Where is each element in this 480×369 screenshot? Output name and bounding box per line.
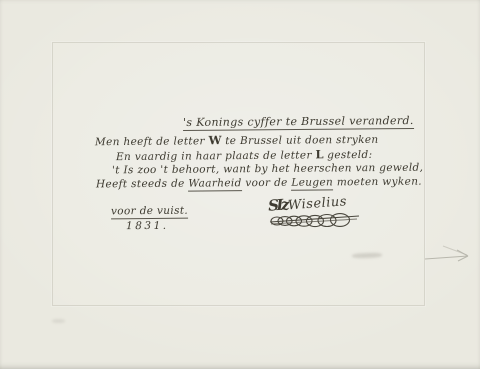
attribution-text: voor de vuist.	[111, 205, 188, 219]
verse-line-4-pre: Heeft steeds de	[96, 178, 188, 191]
photograph-of-etched-verse: 's Konings cyffer te Brussel veranderd. …	[0, 0, 480, 369]
verse-title: 's Konings cyffer te Brussel veranderd.	[183, 114, 414, 129]
faint-margin-mark	[52, 319, 65, 323]
verse-line-1: Men heeft de letter W te Brussel uit doe…	[95, 133, 379, 149]
attribution-note: voor de vuist.	[111, 205, 188, 219]
signature-flourish-icon	[269, 210, 361, 230]
verse-line-4-mid: voor de	[242, 177, 292, 189]
verse-line-4-post: moeten wyken.	[333, 176, 422, 189]
verse-line-2-post: gesteld:	[324, 149, 373, 161]
underlined-word-leugen: Leugen	[291, 176, 333, 190]
verse-title-text: 's Konings cyffer te Brussel veranderd.	[183, 114, 414, 131]
verse-line-1-pre: Men heeft de letter	[95, 135, 209, 148]
print-letter-l: L	[315, 147, 323, 161]
verse-line-2-pre: En vaardig in haar plaats de letter	[116, 149, 316, 163]
underlined-word-waarheid: Waarheid	[188, 177, 241, 191]
year-date: 1831.	[126, 220, 169, 233]
verse-line-1-post: te Brussel uit doen stryken	[221, 134, 378, 147]
pencil-arrow-annotation-icon	[422, 242, 476, 266]
print-letter-w: W	[208, 133, 221, 147]
